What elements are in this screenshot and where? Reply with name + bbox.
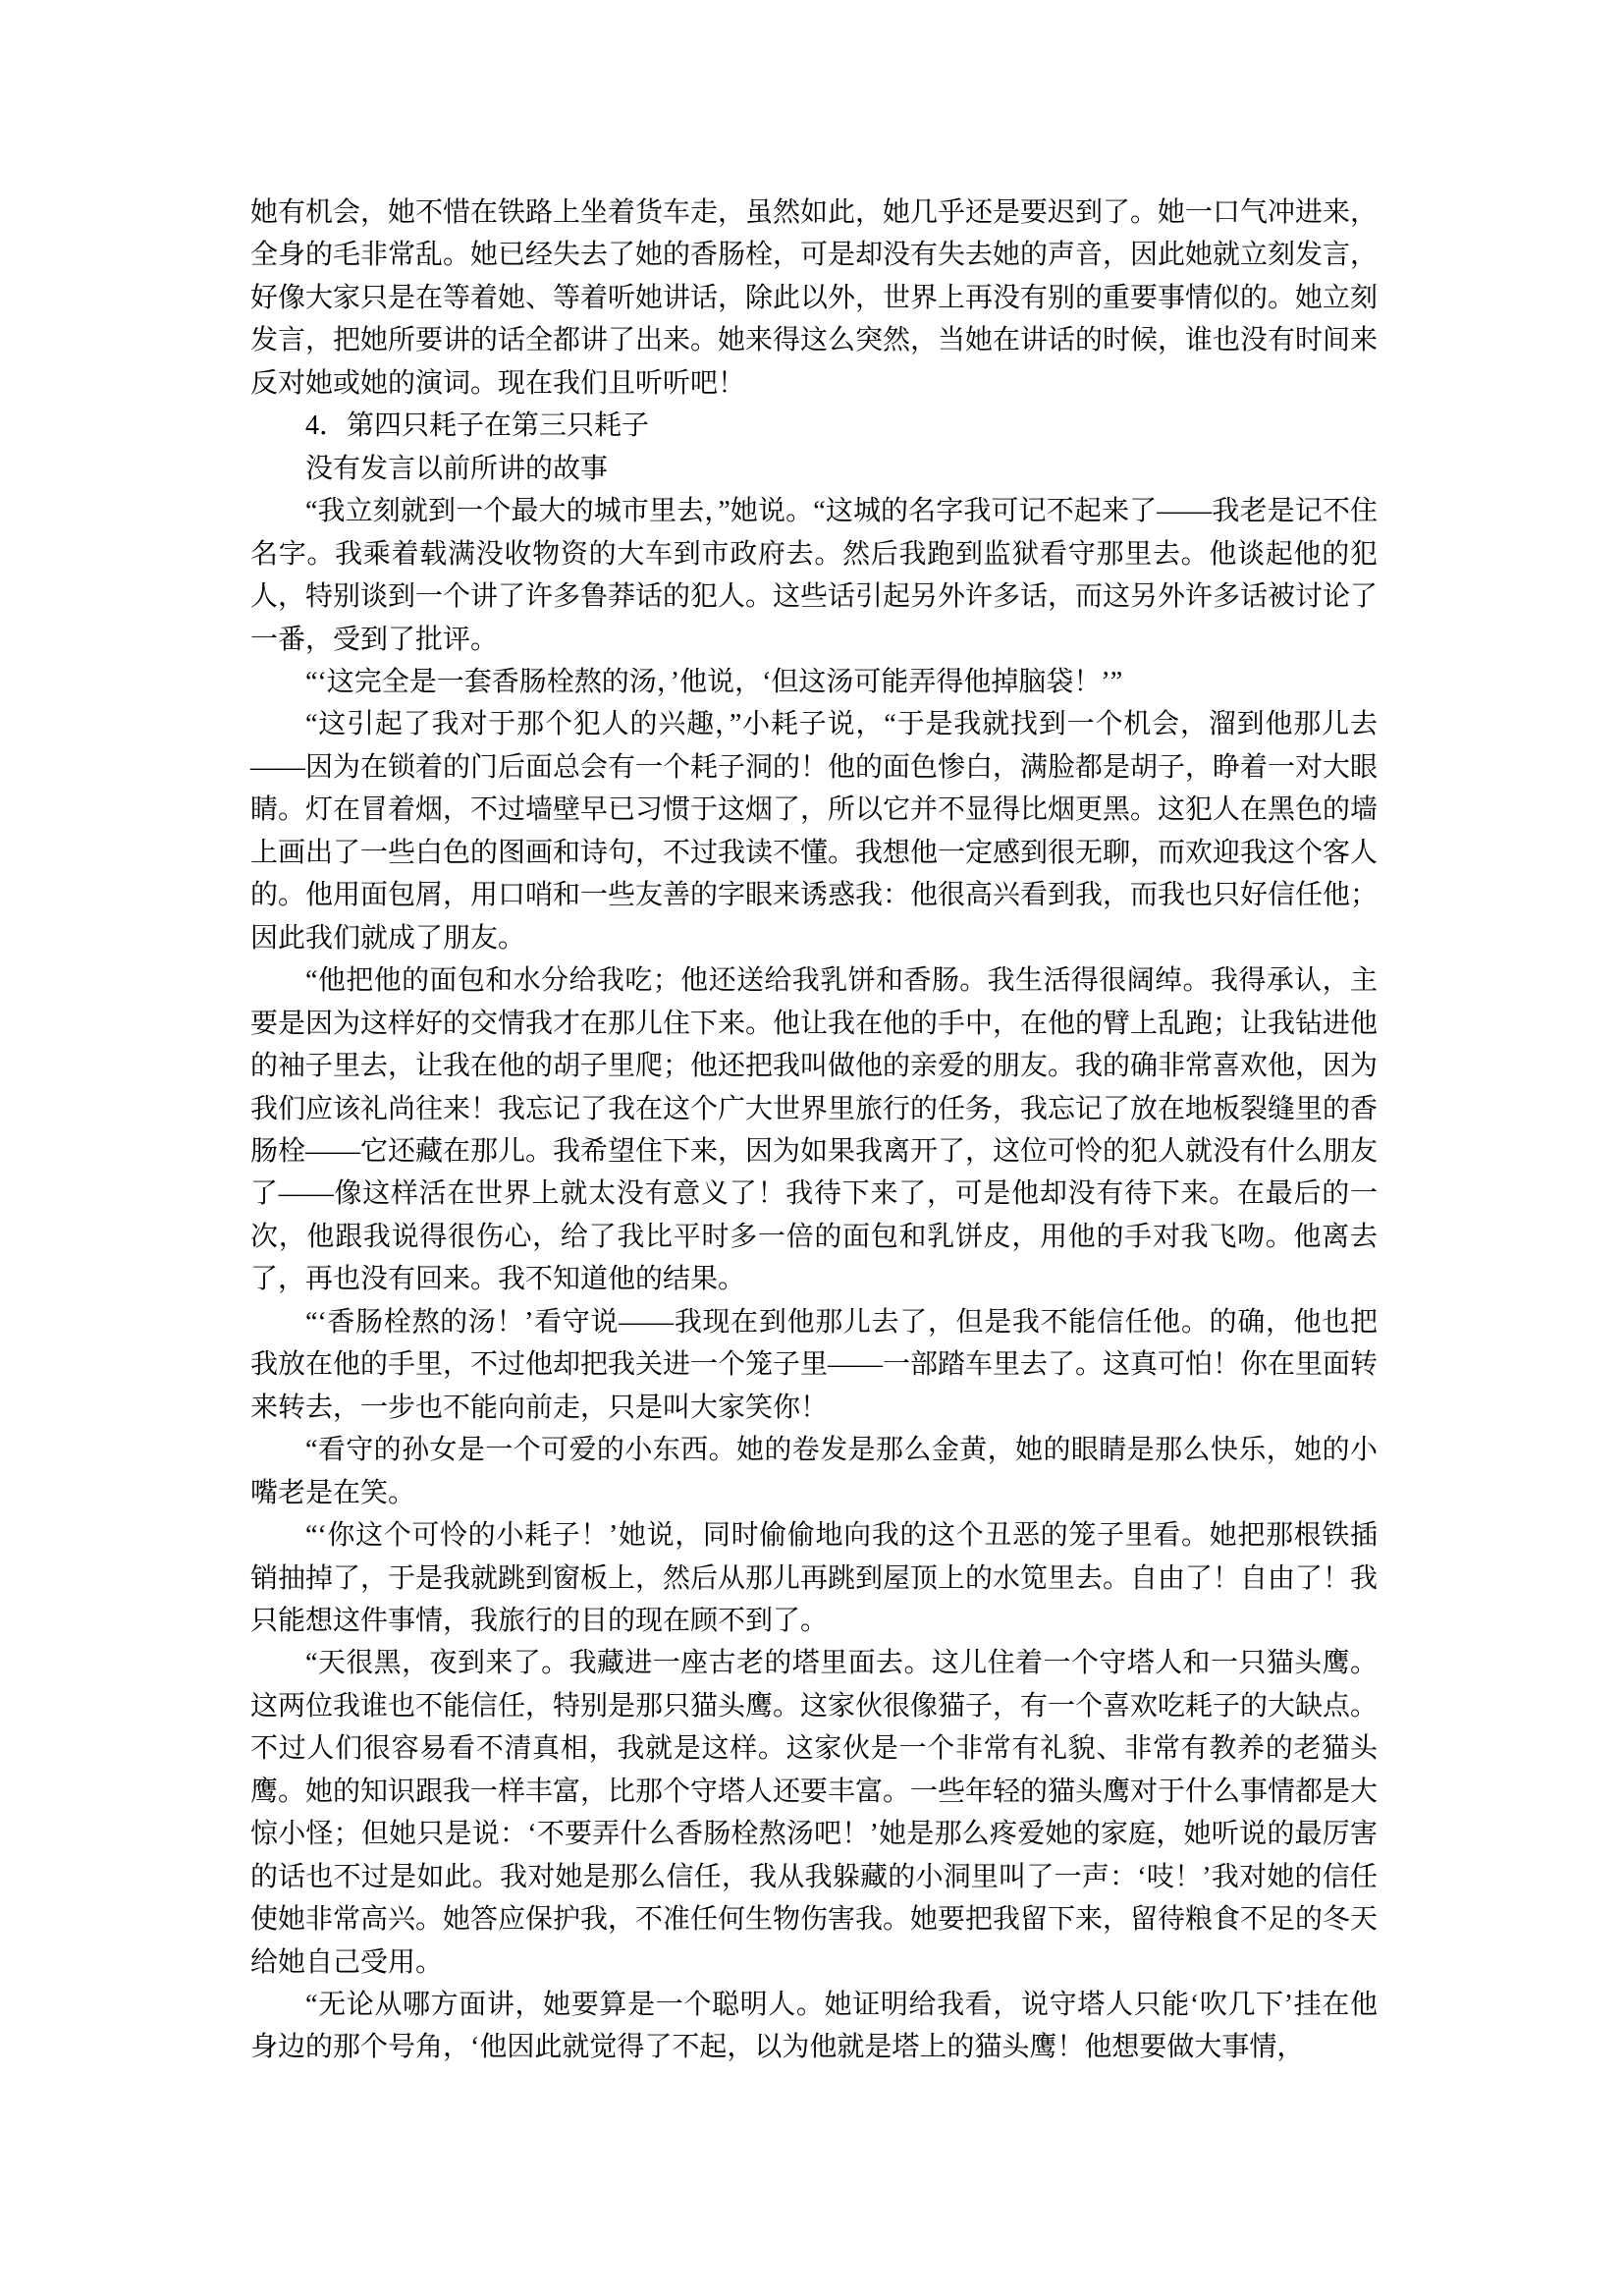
paragraph: “天很黑，夜到来了。我藏进一座古老的塔里面去。这儿住着一个守塔人和一只猫头鹰。这…	[250, 1642, 1378, 1984]
paragraph: “看守的孙女是一个可爱的小东西。她的卷发是那么金黄，她的眼睛是那么快乐，她的小嘴…	[250, 1429, 1378, 1514]
text-column: 她有机会，她不惜在铁路上坐着货车走，虽然如此，她几乎还是要迟到了。她一口气冲进来…	[250, 191, 1378, 2069]
continuation-paragraph: 她有机会，她不惜在铁路上坐着货车走，虽然如此，她几乎还是要迟到了。她一口气冲进来…	[250, 191, 1378, 405]
paragraph: “这引起了我对于那个犯人的兴趣，”小耗子说，“于是我就找到一个机会，溜到他那儿去…	[250, 703, 1378, 959]
paragraph: “‘这完全是一套香肠栓熬的汤，’他说，‘但这汤可能弄得他掉脑袋！’”	[250, 661, 1378, 703]
section-subtitle: 没有发言以前所讲的故事	[250, 448, 1378, 490]
section-number-heading: 4．第四只耗子在第三只耗子	[250, 405, 1378, 447]
document-page: 她有机会，她不惜在铁路上坐着货车走，虽然如此，她几乎还是要迟到了。她一口气冲进来…	[0, 0, 1623, 2296]
paragraph: “我立刻就到一个最大的城市里去，”她说。“这城的名字我可记不起来了——我老是记不…	[250, 490, 1378, 661]
paragraph: “‘香肠栓熬的汤！’看守说——我现在到他那儿去了，但是我不能信任他。的确，他也把…	[250, 1301, 1378, 1429]
paragraph: “他把他的面包和水分给我吃；他还送给我乳饼和香肠。我生活得很阔绰。我得承认，主要…	[250, 959, 1378, 1301]
paragraph: “无论从哪方面讲，她要算是一个聪明人。她证明给我看，说守塔人只能‘吹几下’挂在他…	[250, 1984, 1378, 2069]
paragraph: “‘你这个可怜的小耗子！’她说，同时偷偷地向我的这个丑恶的笼子里看。她把那根铁插…	[250, 1514, 1378, 1642]
